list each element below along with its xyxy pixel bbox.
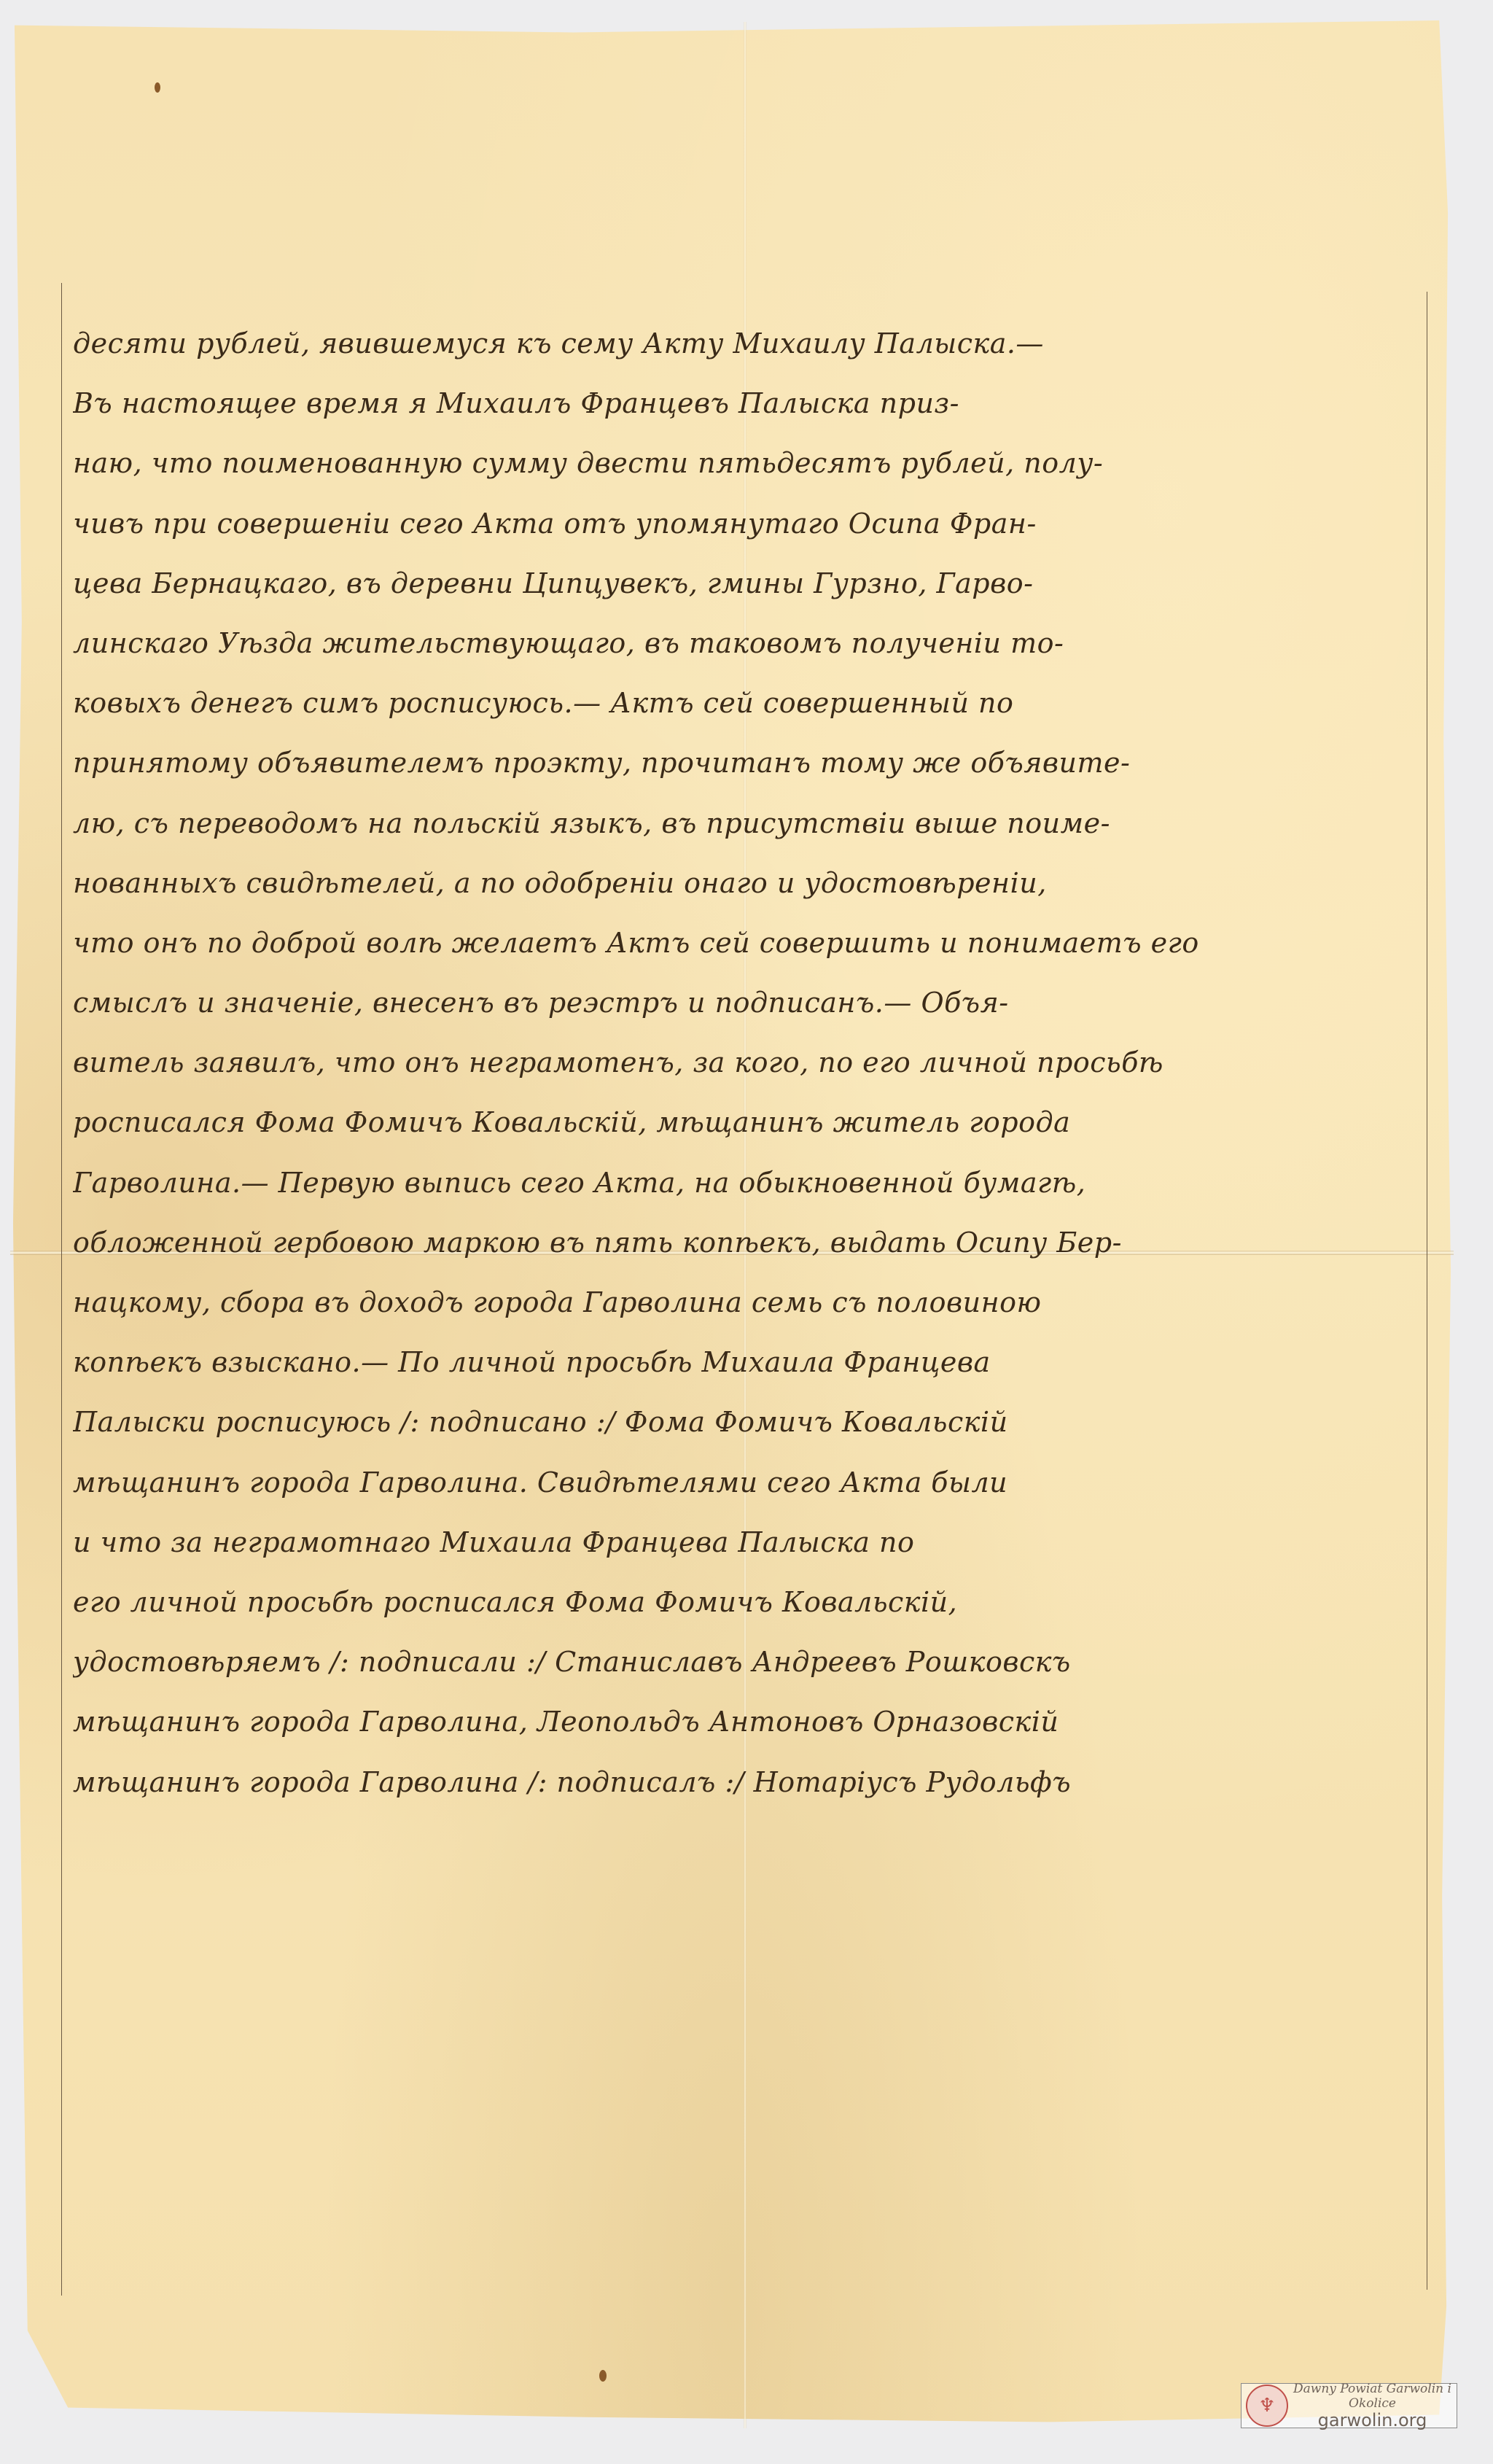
- right-margin-rule: [1427, 292, 1427, 2290]
- watermark-text: Dawny Powiat Garwolin i Okolice garwolin…: [1288, 2382, 1457, 2430]
- watermark-url: garwolin.org: [1288, 2411, 1457, 2430]
- text-line: ковыхъ денегъ симъ росписуюсь.— Актъ сей…: [73, 673, 1414, 733]
- text-line: и что за неграмотнаго Михаила Францева П…: [73, 1512, 1414, 1572]
- text-line: нацкому, сбора въ доходъ города Гарволин…: [73, 1272, 1414, 1332]
- ink-stain: [599, 2370, 607, 2382]
- handwritten-text: десяти рублей, явившемуся къ сему Акту М…: [73, 314, 1414, 1812]
- garwolin-seal-icon: ♆: [1246, 2385, 1288, 2427]
- text-line: цева Бернацкаго, въ деревни Ципцувекъ, г…: [73, 553, 1414, 613]
- watermark-badge: ♆ Dawny Powiat Garwolin i Okolice garwol…: [1241, 2383, 1457, 2428]
- text-line: чивъ при совершеніи сего Акта отъ упомян…: [73, 494, 1414, 553]
- text-line: Гарволина.— Первую выпись сего Акта, на …: [73, 1153, 1414, 1213]
- text-line: нованныхъ свидѣтелей, а по одобреніи она…: [73, 853, 1414, 913]
- text-line: принятому объявителемъ проэкту, прочитан…: [73, 733, 1414, 793]
- text-line: мѣщанинъ города Гарволина, Леопольдъ Ант…: [73, 1692, 1414, 1752]
- watermark-title: Dawny Powiat Garwolin i Okolice: [1288, 2382, 1457, 2411]
- text-line: Въ настоящее время я Михаилъ Францевъ Па…: [73, 373, 1414, 433]
- ink-stain: [155, 82, 160, 93]
- text-line: лю, съ переводомъ на польскій языкъ, въ …: [73, 793, 1414, 853]
- left-margin-rule: [61, 283, 62, 2296]
- text-line: линскаго Уѣзда жительствующаго, въ таков…: [73, 613, 1414, 673]
- text-line: смыслъ и значеніе, внесенъ въ реэстръ и …: [73, 973, 1414, 1033]
- text-line: росписался Фома Фомичъ Ковальскій, мѣщан…: [73, 1092, 1414, 1152]
- text-line: мѣщанинъ города Гарволина /: подписалъ :…: [73, 1752, 1414, 1812]
- text-line: удостовѣряемъ /: подписали :/ Станиславъ…: [73, 1632, 1414, 1692]
- text-line: десяти рублей, явившемуся къ сему Акту М…: [73, 314, 1414, 373]
- text-line: мѣщанинъ города Гарволина. Свидѣтелями с…: [73, 1453, 1414, 1512]
- text-line: его личной просьбѣ росписался Фома Фомич…: [73, 1572, 1414, 1632]
- text-line: наю, что поименованную сумму двести пять…: [73, 433, 1414, 493]
- text-line: копѣекъ взыскано.— По личной просьбѣ Мих…: [73, 1332, 1414, 1392]
- text-line: Палыски росписуюсь /: подписано :/ Фома …: [73, 1392, 1414, 1452]
- text-line: обложенной гербовою маркою въ пять копѣе…: [73, 1213, 1414, 1272]
- text-line: витель заявилъ, что онъ неграмотенъ, за …: [73, 1033, 1414, 1092]
- text-line: что онъ по доброй волѣ желаетъ Актъ сей …: [73, 913, 1414, 973]
